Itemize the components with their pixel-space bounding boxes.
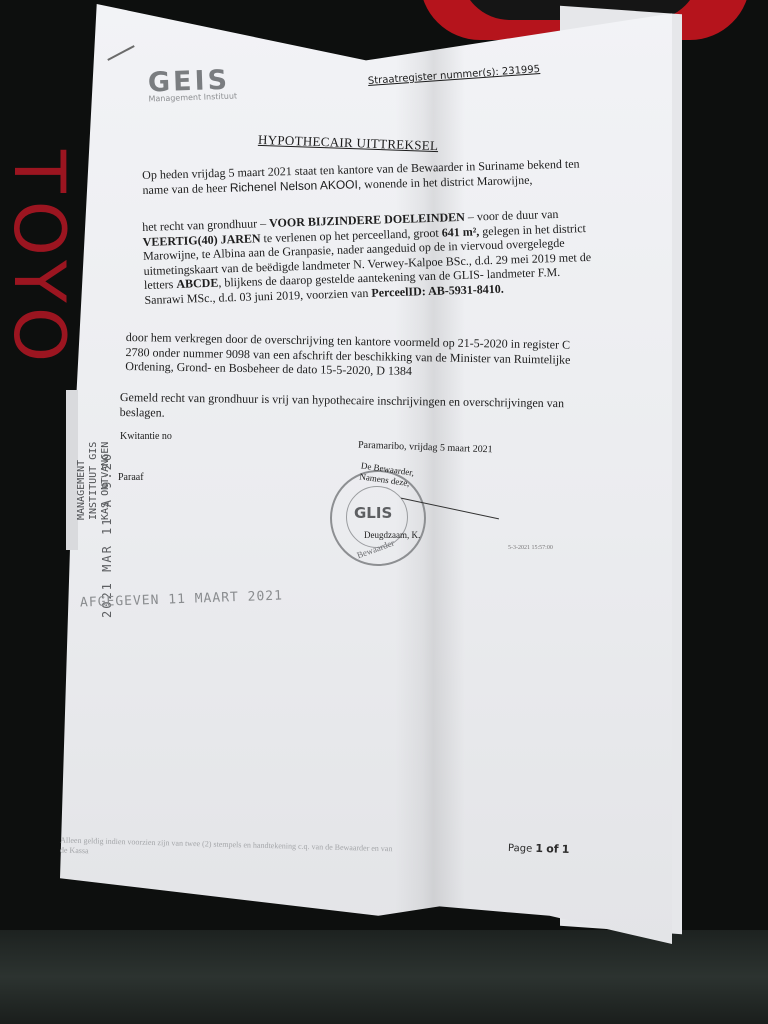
paragraph-acquisition: door hem verkregen door de overschrijvin…	[125, 330, 576, 381]
letters: ABCDE	[176, 276, 218, 291]
residence-text: wonende in het district Marowijne,	[364, 172, 533, 190]
area: 641 m²,	[441, 224, 479, 239]
register-number: Straatregister nummer(s): 231995	[368, 64, 541, 87]
footer-note: Alleen geldig indien voorzien zijn van t…	[60, 836, 400, 865]
document-title: HYPOTHECAIR UITTREKSEL	[258, 132, 439, 154]
seal-logo: GLIS	[354, 504, 392, 522]
receipt-stamp-date: 2021 MAR 11 A 9:20	[100, 452, 114, 618]
parcel-id: PerceelID: AB-5931-8410.	[371, 281, 504, 299]
page-number: Page 1 of 1	[508, 841, 570, 856]
paragraph-right: het recht van grondhuur – VOOR BIJZINDER…	[142, 206, 595, 307]
document-content: GEIS Management Instituut Straatregister…	[0, 0, 768, 1024]
page-total: 1	[562, 843, 570, 856]
page-label: Page	[508, 843, 533, 855]
register-number-value: 231995	[502, 64, 541, 78]
receipt-stamp: MANAGEMENT INSTITUUT GIS KAS ONTVANGEN	[76, 360, 166, 520]
receipt-stamp-line1: MANAGEMENT	[76, 360, 88, 520]
paragraph-free-of-encumbrance: Gemeld recht van grondhuur is vrij van h…	[120, 390, 600, 426]
logo-subtitle: Management Instituut	[148, 91, 237, 103]
register-number-label: Straatregister nummer(s):	[368, 67, 500, 87]
page-of: of	[546, 842, 559, 855]
place-date: Paramaribo, vrijdag 5 maart 2021	[358, 440, 493, 456]
signatory-name: Deugdzaam, K.	[364, 530, 420, 540]
print-timestamp: 5-3-2021 15:57:00	[508, 545, 553, 551]
paragraph-intro: Op heden vrijdag 5 maart 2021 staat ten …	[142, 156, 593, 197]
owner-name: Richenel Nelson AKOOI,	[230, 177, 362, 194]
page-current: 1	[535, 842, 543, 855]
receipt-stamp-line2: INSTITUUT GIS	[88, 360, 100, 520]
logo: GEIS Management Instituut	[147, 64, 237, 103]
